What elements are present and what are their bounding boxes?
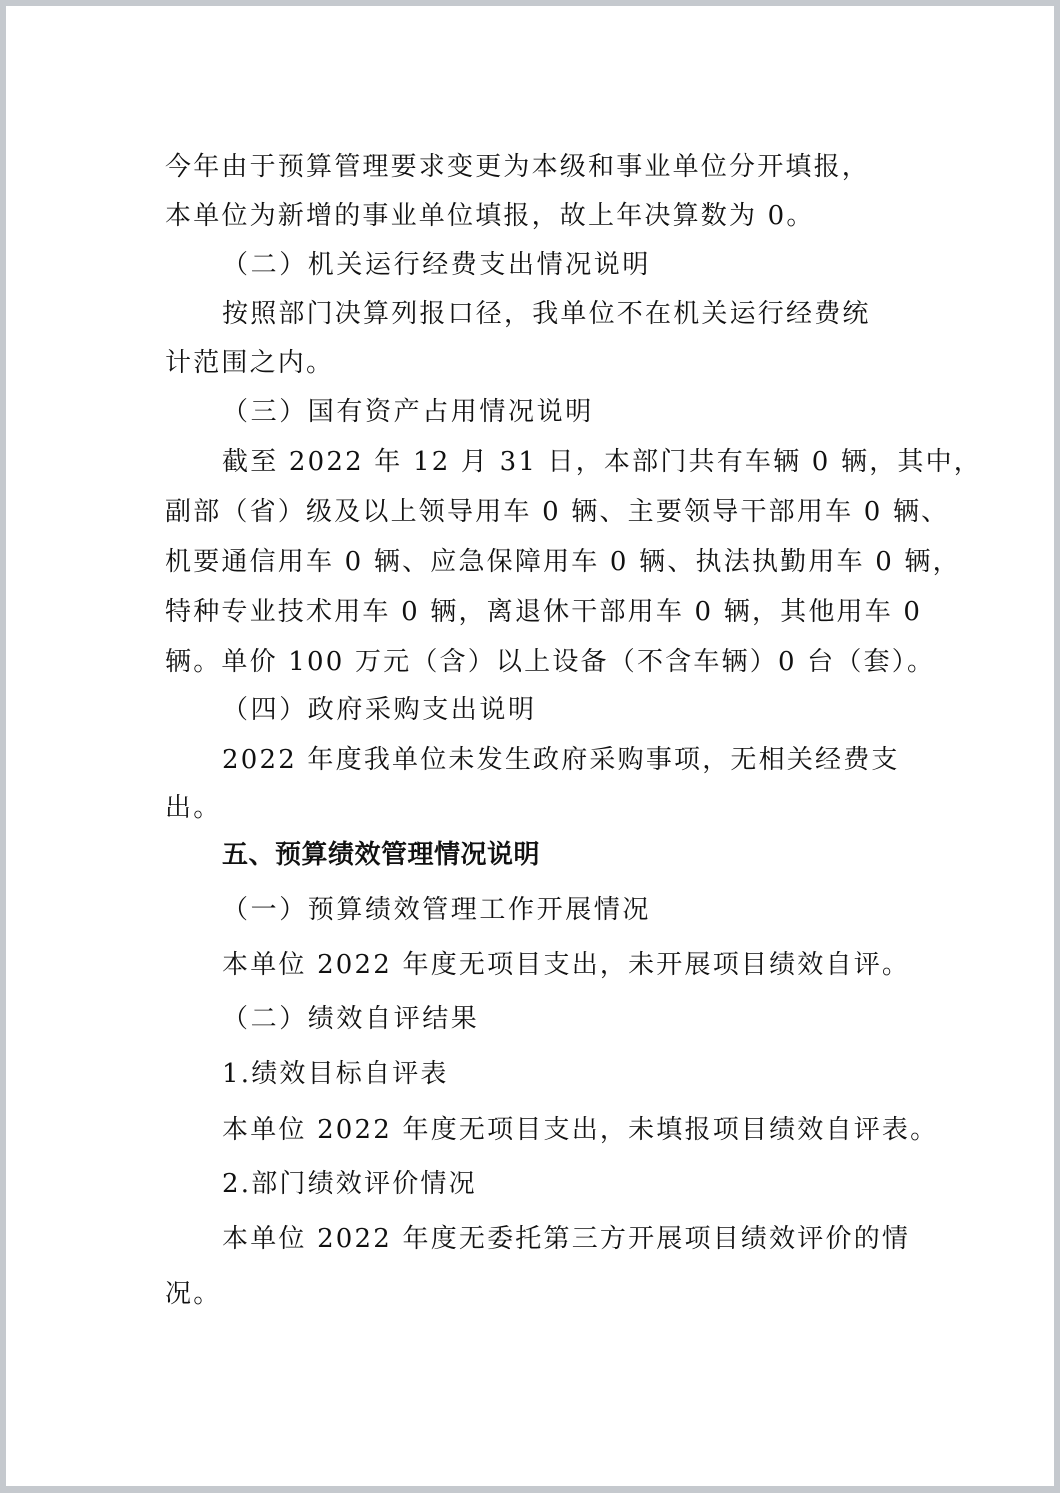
section-subheading: （二）绩效自评结果 xyxy=(222,1003,479,1035)
list-item-heading: 1.绩效目标自评表 xyxy=(222,1058,449,1090)
paragraph-line: 2022 年度我单位未发生政府采购事项，无相关经费支 xyxy=(222,744,900,776)
paragraph-line: 本单位 2022 年度无项目支出，未填报项目绩效自评表。 xyxy=(222,1114,938,1146)
section-subheading: （三）国有资产占用情况说明 xyxy=(222,396,594,428)
section-subheading: （四）政府采购支出说明 xyxy=(222,694,537,726)
list-item-heading: 2.部门绩效评价情况 xyxy=(222,1168,477,1200)
paragraph-line: 计范围之内。 xyxy=(165,347,334,379)
section-subheading: （二）机关运行经费支出情况说明 xyxy=(222,249,651,281)
paragraph-line: 辆。单价 100 万元（含）以上设备（不含车辆）0 台（套）。 xyxy=(165,646,935,678)
document-page: 今年由于预算管理要求变更为本级和事业单位分开填报， 本单位为新增的事业单位填报，… xyxy=(6,6,1054,1486)
paragraph-line: 副部（省）级及以上领导用车 0 辆、主要领导干部用车 0 辆、 xyxy=(165,496,949,528)
paragraph-line: 本单位 2022 年度无委托第三方开展项目绩效评价的情 xyxy=(222,1223,910,1255)
paragraph-line: 出。 xyxy=(165,792,221,824)
section-heading: 五、预算绩效管理情况说明 xyxy=(222,839,540,871)
paragraph-line: 本单位 2022 年度无项目支出，未开展项目绩效自评。 xyxy=(222,949,910,981)
paragraph-line: 况。 xyxy=(165,1278,221,1310)
paragraph-line: 按照部门决算列报口径，我单位不在机关运行经费统 xyxy=(222,298,871,330)
section-subheading: （一）预算绩效管理工作开展情况 xyxy=(222,894,651,926)
paragraph-line: 截至 2022 年 12 月 31 日，本部门共有车辆 0 辆，其中， xyxy=(222,446,982,478)
paragraph-line: 今年由于预算管理要求变更为本级和事业单位分开填报， xyxy=(165,151,870,183)
paragraph-line: 机要通信用车 0 辆、应急保障用车 0 辆、执法执勤用车 0 辆， xyxy=(165,546,961,578)
paragraph-line: 特种专业技术用车 0 辆，离退休干部用车 0 辆，其他用车 0 xyxy=(165,596,922,628)
paragraph-line: 本单位为新增的事业单位填报，故上年决算数为 0。 xyxy=(165,200,815,232)
